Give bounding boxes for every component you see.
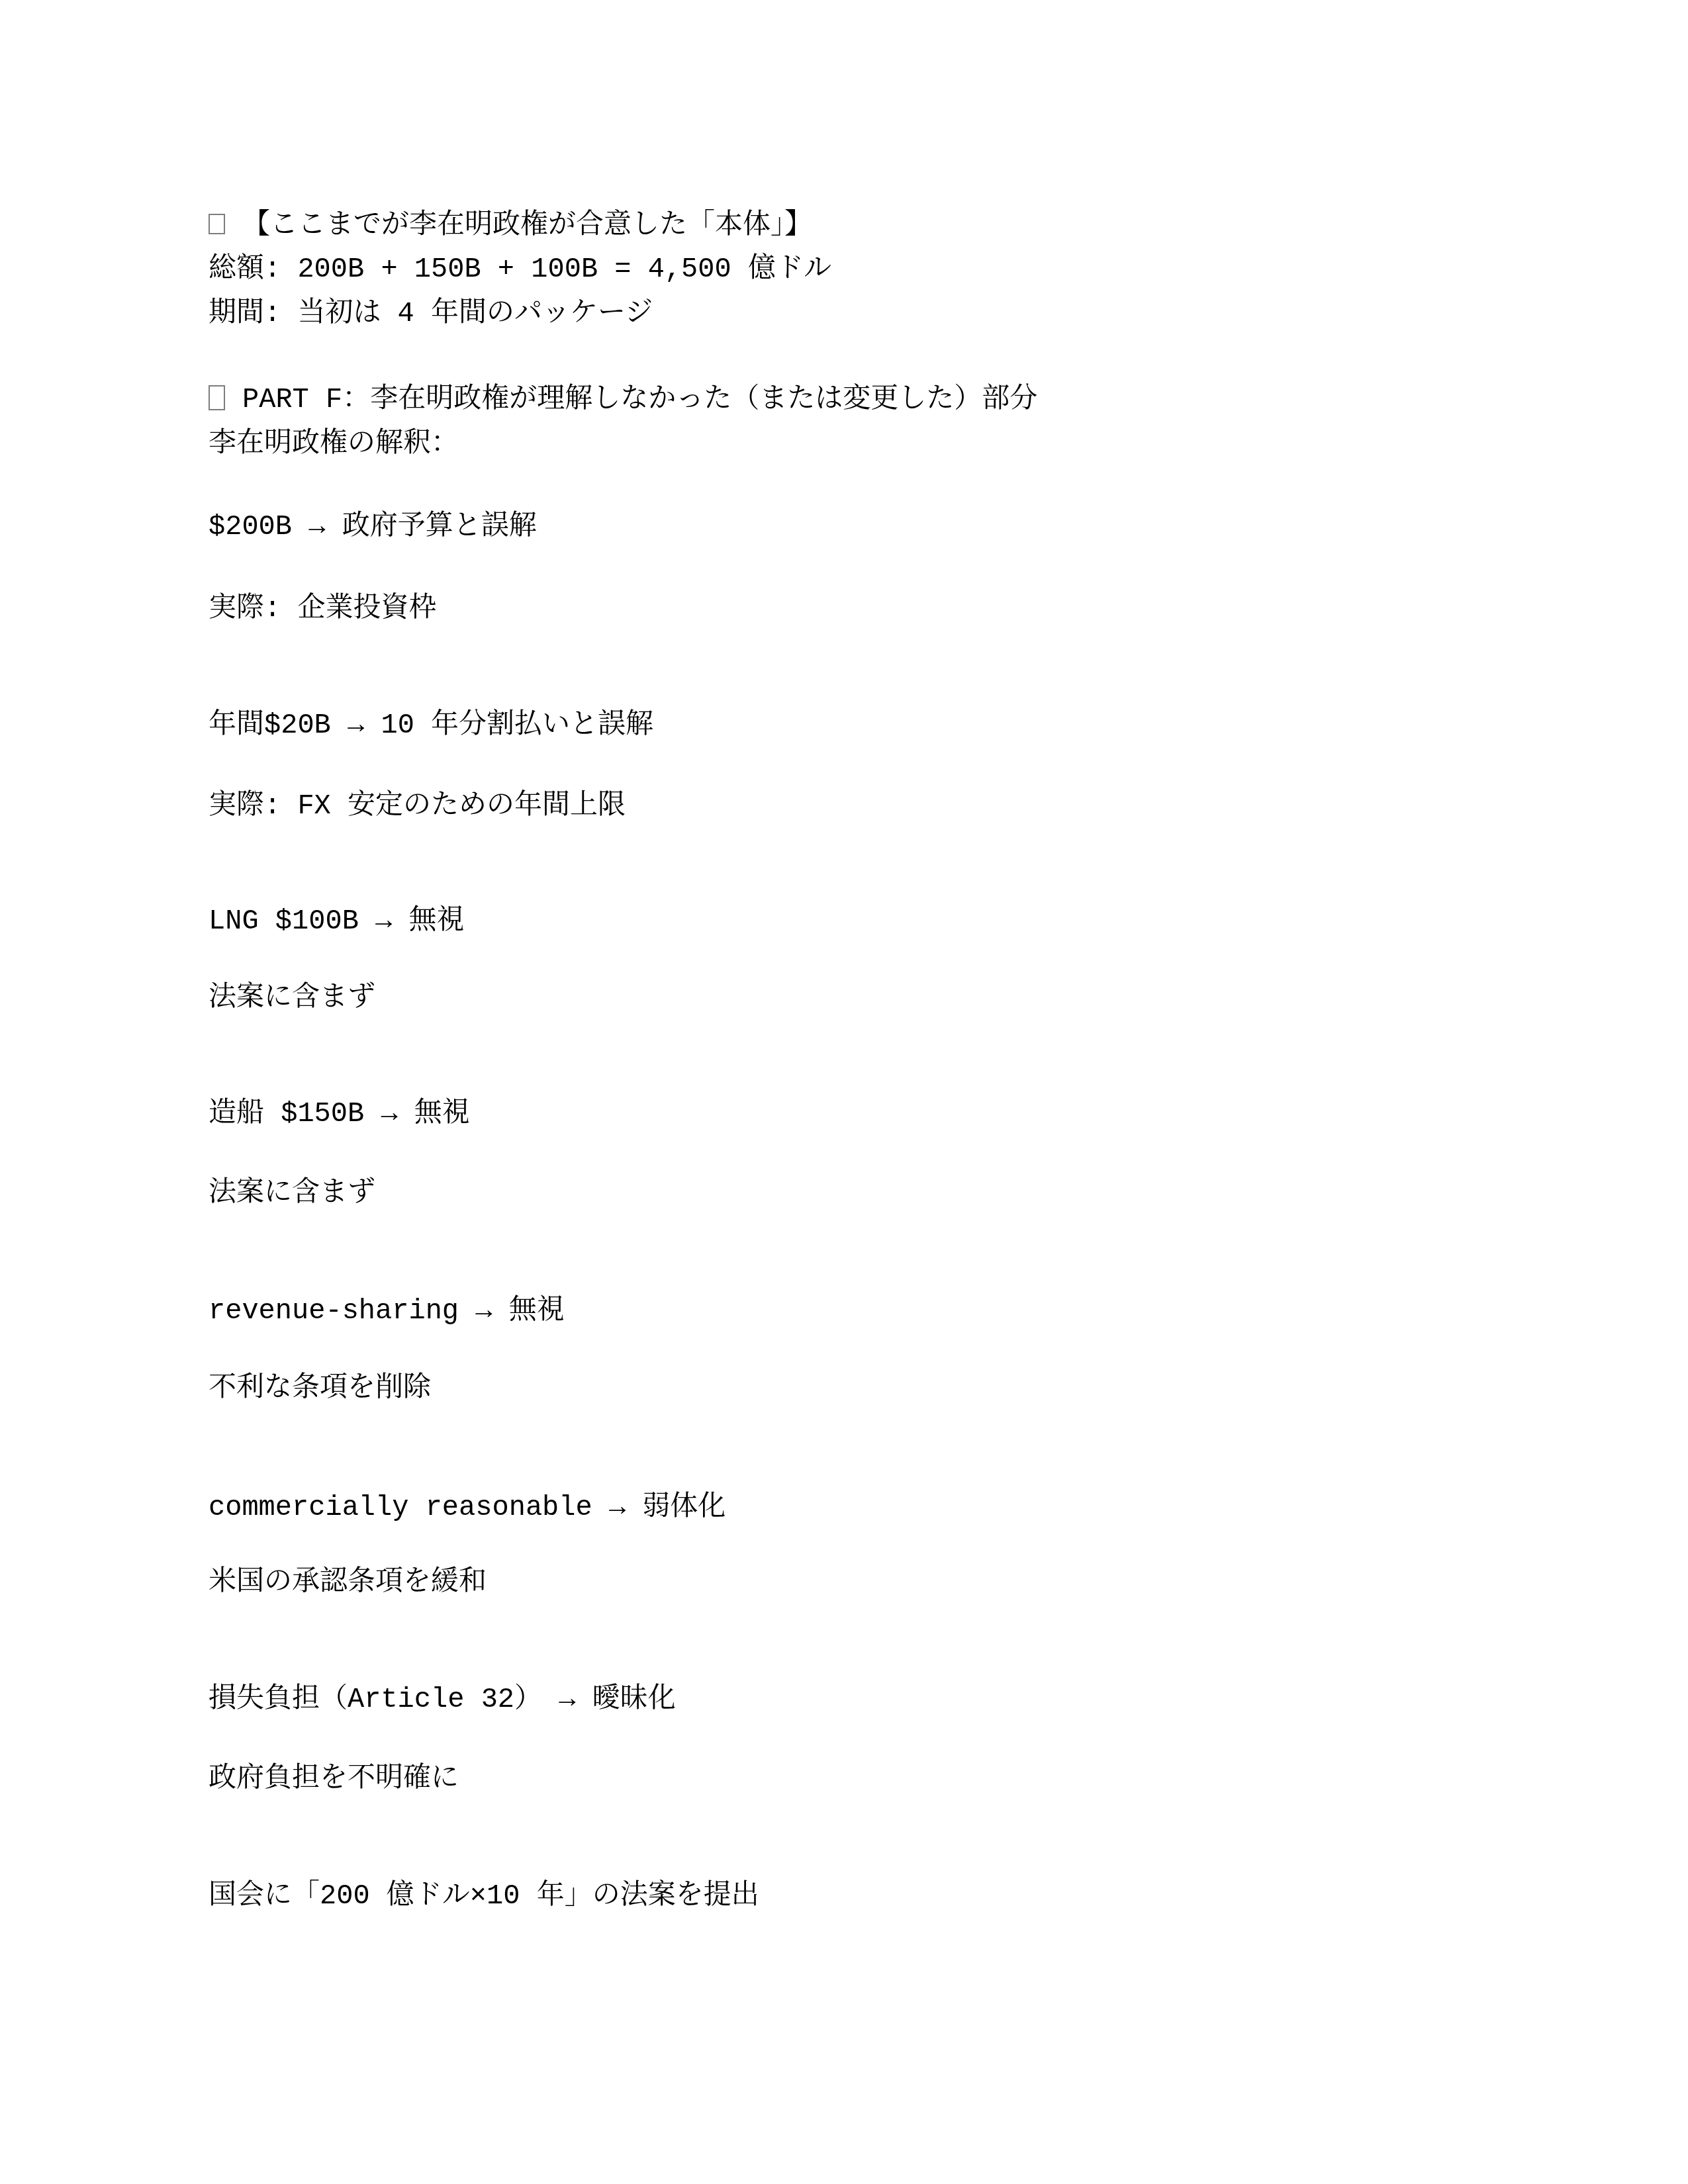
line-text: 李在明政権の解釈： — [209, 428, 459, 460]
not-in-bill-line-2: 法案に含まず — [209, 1171, 375, 1216]
actual-fx-annual-cap-line: 実際: FX 安定のための年間上限 — [209, 784, 626, 829]
missing-glyph-box — [209, 214, 225, 234]
line-text: 損失負担（Article 32） → 曖昧化 — [209, 1684, 676, 1715]
line-text: revenue-sharing → 無視 — [209, 1295, 565, 1327]
line-text: 【ここまでが李在明政権が合意した「本体」】 — [242, 210, 812, 242]
line-text: 米国の承認条項を緩和 — [209, 1567, 487, 1598]
line-text: 不利な条項を削除 — [209, 1373, 431, 1404]
line-text: LNG $100B → 無視 — [209, 905, 464, 937]
us-approval-relaxed-line: 米国の承認条項を緩和 — [209, 1561, 487, 1605]
part-f-heading-line: PART F：李在明政権が理解しなかった（または変更した）部分 — [209, 378, 1037, 422]
interpretation-label-line: 李在明政権の解釈： — [209, 422, 459, 467]
bill-submitted-line: 国会に「200 億ドル×10 年」の法案を提出 — [209, 1874, 759, 1919]
lng-ignored-line: LNG $100B → 無視 — [209, 899, 464, 944]
summary-header-line: 【ここまでが李在明政権が合意した「本体」】 — [209, 204, 812, 248]
misread-200b-line: $200B → 政府予算と誤解 — [209, 505, 537, 549]
unfavorable-clauses-deleted-line: 不利な条項を削除 — [209, 1367, 431, 1411]
document-page: 【ここまでが李在明政権が合意した「本体」】 総額: 200B + 150B + … — [0, 0, 1688, 2184]
commercially-reasonable-weakened-line: commercially reasonable → 弱体化 — [209, 1486, 726, 1530]
line-text: 実際: FX 安定のための年間上限 — [209, 790, 626, 822]
line-text: 実際: 企業投資枠 — [209, 593, 436, 625]
line-text: 総額: 200B + 150B + 100B = 4,500 億ドル — [209, 253, 831, 285]
line-text: 国会に「200 億ドル×10 年」の法案を提出 — [209, 1880, 759, 1912]
line-text: 政府負担を不明確に — [209, 1763, 459, 1795]
total-amount-line: 総額: 200B + 150B + 100B = 4,500 億ドル — [209, 248, 831, 292]
govt-burden-unclear-line: 政府負担を不明確に — [209, 1757, 459, 1801]
line-text: 年間$20B → 10 年分割払いと誤解 — [209, 709, 653, 741]
actual-corporate-investment-line: 実際: 企業投資枠 — [209, 587, 436, 631]
not-in-bill-line-1: 法案に含まず — [209, 976, 375, 1021]
period-line: 期間: 当初は 4 年間のパッケージ — [209, 292, 653, 336]
misread-annual-20b-line: 年間$20B → 10 年分割払いと誤解 — [209, 704, 653, 748]
revenue-sharing-ignored-line: revenue-sharing → 無視 — [209, 1289, 565, 1334]
line-text: 造船 $150B → 無視 — [209, 1098, 470, 1130]
shipbuilding-ignored-line: 造船 $150B → 無視 — [209, 1092, 470, 1136]
line-text: $200B → 政府予算と誤解 — [209, 511, 537, 543]
loss-burden-ambiguous-line: 損失負担（Article 32） → 曖昧化 — [209, 1678, 676, 1722]
missing-glyph-box — [209, 385, 225, 410]
line-text: commercially reasonable → 弱体化 — [209, 1492, 726, 1524]
line-text: 法案に含まず — [209, 1177, 375, 1209]
line-text: 法案に含まず — [209, 982, 375, 1014]
line-text: 期間: 当初は 4 年間のパッケージ — [209, 298, 653, 330]
line-text: PART F：李在明政権が理解しなかった（または変更した）部分 — [242, 384, 1037, 416]
